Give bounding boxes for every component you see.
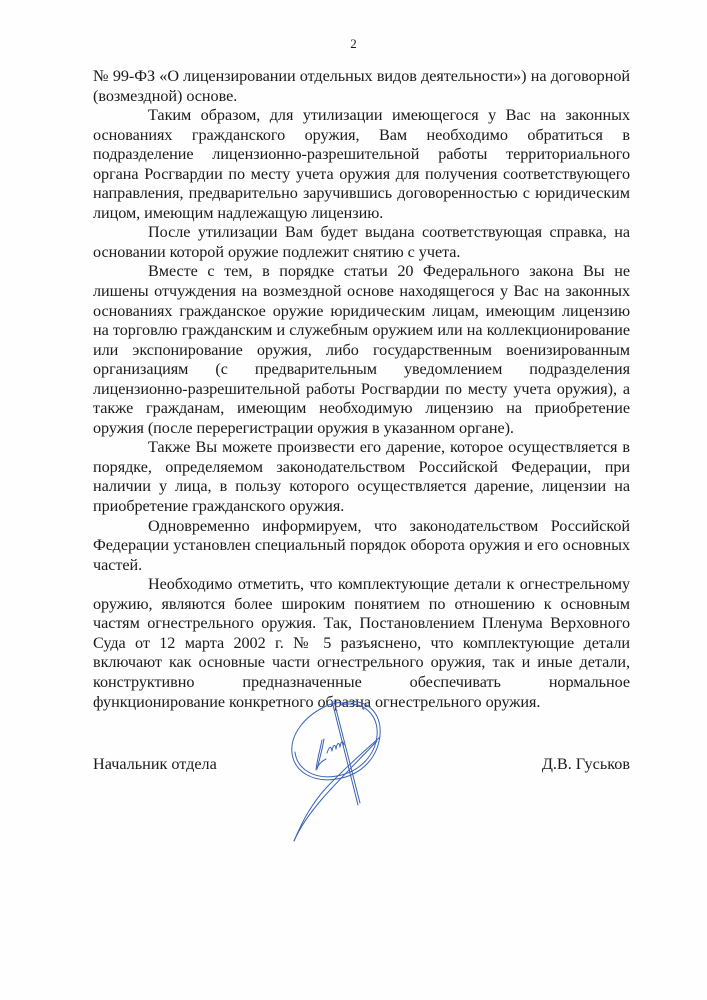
paragraph-components: Необходимо отметить, что комплектующие д…	[93, 575, 630, 712]
paragraph-certificate: После утилизации Вам будет выдана соотве…	[93, 223, 630, 262]
signatory-position: Начальник отдела	[93, 754, 217, 774]
paragraph-continuation: № 99-ФЗ «О лицензировании отдельных видо…	[93, 67, 630, 106]
paragraph-special-procedure: Одновременно информируем, что законодате…	[93, 517, 630, 576]
paragraph-disposal-procedure: Таким образом, для утилизации имеющегося…	[93, 106, 630, 223]
signatory-name: Д.В. Гуськов	[542, 754, 630, 774]
paragraph-donation: Также Вы можете произвести его дарение, …	[93, 438, 630, 516]
paragraph-alienation: Вместе с тем, в порядке статьи 20 Федера…	[93, 262, 630, 438]
letter-body: № 99-ФЗ «О лицензировании отдельных видо…	[93, 67, 630, 712]
page-number: 2	[0, 36, 707, 52]
handwritten-signature-icon	[282, 695, 392, 865]
document-page: 2 № 99-ФЗ «О лицензировании отдельных ви…	[0, 0, 707, 1000]
